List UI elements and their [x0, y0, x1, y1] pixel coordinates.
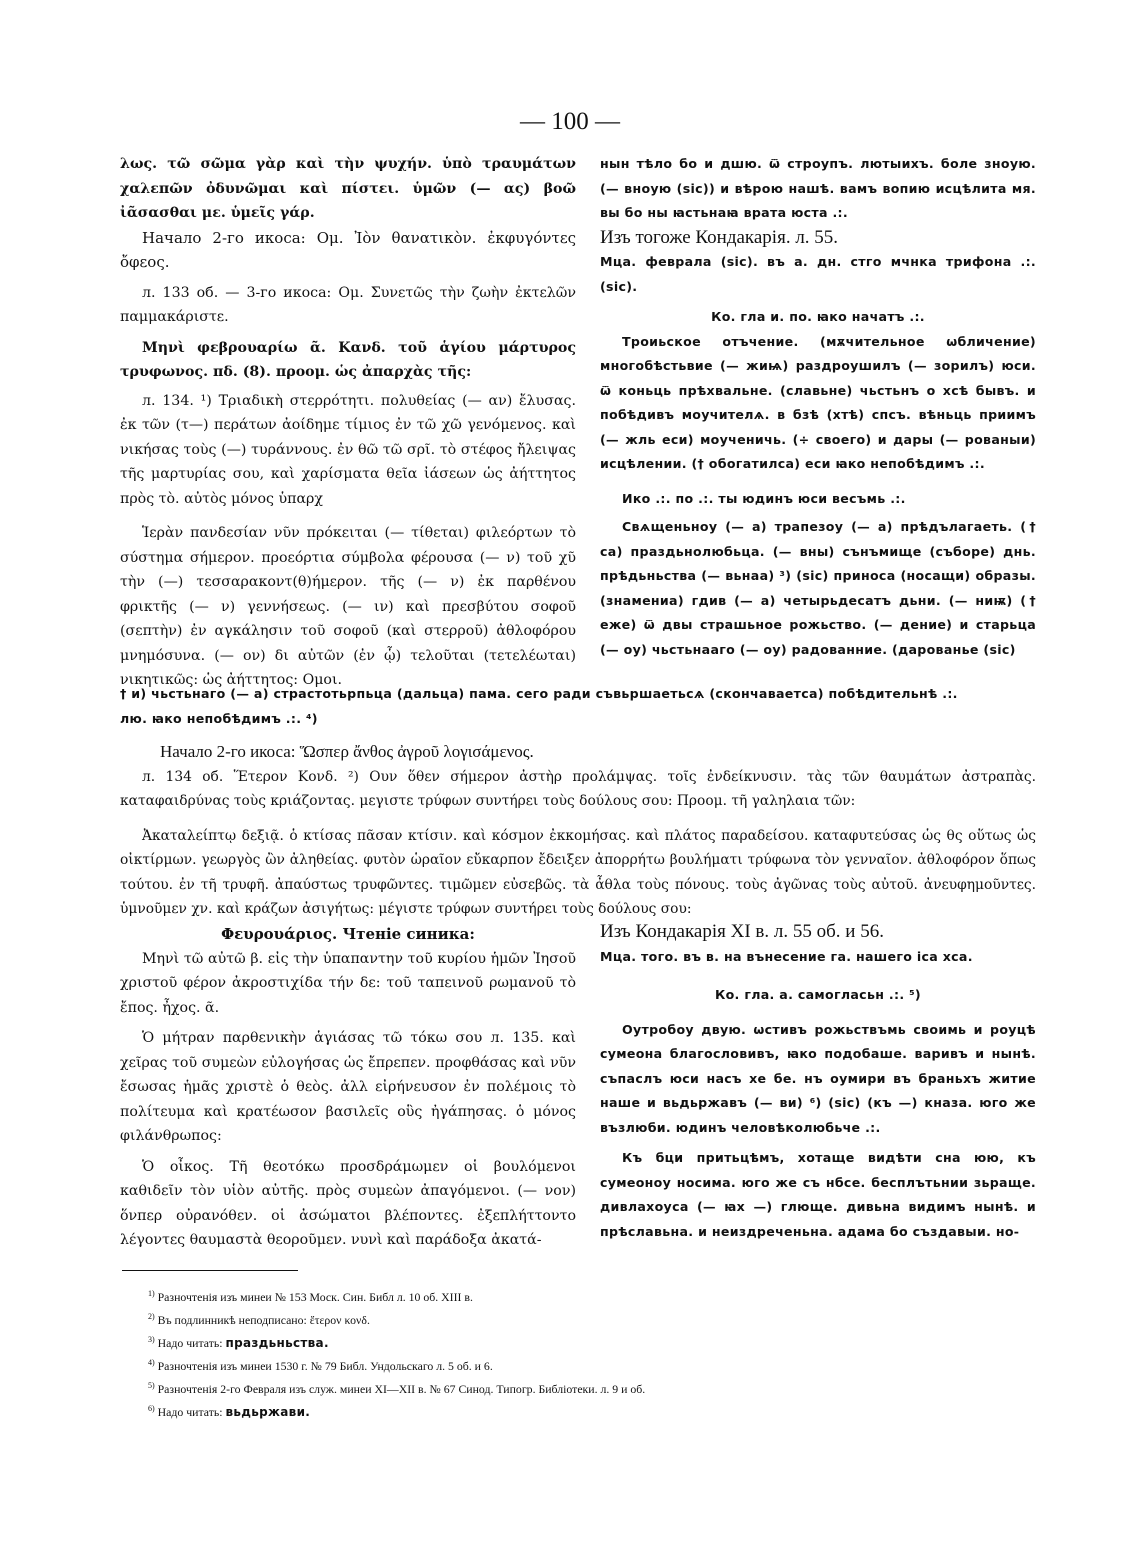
slavonic-line: лю. ꙗко непобѣдимъ .:. ⁴) — [120, 707, 1036, 732]
footnote-divider — [122, 1270, 298, 1271]
kontakion-tone-heading-lower: Ко. гла. а. самогласьн .:. ⁵) — [600, 983, 1036, 1008]
kontakion-slavonic: Троиьское отъчение. (мѫчительное ѡбличен… — [600, 330, 1036, 477]
kontakion-greek-lower: Ὁ μήτραν παρθενικὴν ἁγιάσας τῶ τόκω σου … — [120, 1026, 576, 1149]
slavonic-line: † и) чьстьнаго (— а) страстотьрпьца (дал… — [120, 682, 1036, 707]
menologion-slavonic: Мца. феврала (sic). въ а. дн. стго мчнка… — [600, 250, 1036, 299]
ikos-slavonic-heading: Ико .:. по .:. ты юдинъ юси весъмь .:. — [600, 487, 1036, 512]
kontakion-alt: л. 134 об. Ἕτερον Κονδ. ²) Ουν ὅθεν σήμε… — [120, 765, 1036, 814]
footnote-text: Разночтенія изъ минеи № 153 Моск. Син. Б… — [158, 1290, 473, 1304]
upper-left-column: λως. τῶ σῶμα γὰρ καὶ τὴν ψυχήν. ὑπὸ τραυ… — [120, 152, 576, 693]
slavonic-continuation: † и) чьстьнаго (— а) страстотьрпьца (дал… — [120, 682, 1036, 731]
kontakion-tone-heading: Ко. гла и. по. ꙗко начатъ .:. — [600, 305, 1036, 330]
menologion-heading: Μηνὶ φεβρουαρίω ᾶ. Κανδ. τοῦ ἁγίου μάρτυ… — [120, 336, 576, 385]
footnote: 6) Надо читать: вьдьржави. — [148, 1399, 645, 1422]
footnote-text: Разночтенія изъ минеи 1530 г. № 79 Библ.… — [158, 1359, 493, 1373]
footnote: 4) Разночтенія изъ минеи 1530 г. № 79 Би… — [148, 1353, 645, 1376]
footnote: 5) Разночтенія 2-го Февраля изъ служ. ми… — [148, 1376, 645, 1399]
footnote-text: Разночтенія 2-го Февраля изъ служ. минеи… — [158, 1382, 646, 1396]
footnote-mark: 6) — [148, 1404, 155, 1413]
footnote-text: Надо читать: — [158, 1336, 223, 1350]
ikos-start-heading: Начало 2-го икоса: Ὥσπερ ἄνθος ἀγροῦ λογ… — [120, 740, 1036, 765]
slavonic-paragraph: нын тѣло бо и дшю. ѿ строупъ. лютыихъ. б… — [600, 152, 1036, 226]
footnote-mark: 3) — [148, 1335, 155, 1344]
footnote-mark: 4) — [148, 1358, 155, 1367]
lower-right-column: Изъ Кондакарія XI в. л. 55 об. и 56. Мца… — [600, 920, 1036, 1244]
oikos-greek: Ἱερὰν πανδεσίαν νῦν πρόκειται (— τίθεται… — [120, 521, 576, 693]
footnote: 2) Въ подлинникѣ неподписано: ἕτερον κον… — [148, 1307, 645, 1330]
oikos-greek-lower: Ὁ οἶκος. Τῆ θεοτόκω προσδράμωμεν οἱ βουλ… — [120, 1155, 576, 1253]
page-number: — 100 — — [0, 108, 1140, 136]
footnotes: 1) Разночтенія изъ минеи № 153 Моск. Син… — [148, 1284, 645, 1422]
synaxarion-title: Φευρουάριος. Чтеніе синика: — [120, 922, 576, 947]
kontakion-greek: л. 134. ¹) Τριαδικὴ στερρότητι. πολυθεία… — [120, 389, 576, 512]
greek-heading-paragraph: Μηνὶ τῶ αὐτῶ β. εἰς τὴν ὑπαπαντην τοῦ κυ… — [120, 947, 576, 1021]
footnote-text: Въ подлинникѣ неподписано: ἕτερον κονδ. — [158, 1313, 370, 1327]
oikos-slavonic: Свѧщеньноу (— а) трапезоу (— а) прѣдълаг… — [600, 515, 1036, 662]
folio-133-note: л. 133 об. — 3-го икоса: Ομ. Συνετῶς τὴν… — [120, 281, 576, 330]
footnote: 1) Разночтенія изъ минеи № 153 Моск. Син… — [148, 1284, 645, 1307]
menologion-slavonic-lower: Мца. того. въ в. на вънесение га. нашего… — [600, 945, 1036, 970]
footnote-mark: 5) — [148, 1381, 155, 1390]
middle-block: Начало 2-го икоса: Ὥσπερ ἄνθος ἀγροῦ λογ… — [120, 740, 1036, 922]
oikos-alt: Ἀκαταλείπτῳ δεξιᾷ. ὁ κτίσας πᾶσαν κτίσιν… — [120, 824, 1036, 922]
footnote-mark: 1) — [148, 1289, 155, 1298]
kontakion-slavonic-lower: Оутробоу двую. ѡстивъ рожьствъмь своимь … — [600, 1018, 1036, 1141]
source-heading-lower: Изъ Кондакарія XI в. л. 55 об. и 56. — [600, 920, 1036, 945]
oikos-slavonic-lower: Къ бци притьцѣмъ, хотаще видѣти сна юю, … — [600, 1146, 1036, 1244]
footnote-text: Надо читать: — [158, 1405, 223, 1419]
greek-paragraph: λως. τῶ σῶμα γὰρ καὶ τὴν ψυχήν. ὑπὸ τραυ… — [120, 152, 576, 226]
upper-right-column: нын тѣло бо и дшю. ѿ строупъ. лютыихъ. б… — [600, 152, 1036, 662]
lower-left-column: Φευρουάριος. Чтеніе синика: Μηνὶ τῶ αὐτῶ… — [120, 922, 576, 1253]
ikos-start-note: Начало 2-го икоса: Ομ. Ἰὸν θανατικὸν. ἐκ… — [120, 226, 576, 275]
footnote-slavonic: вьдьржави. — [225, 1405, 310, 1419]
footnote: 3) Надо читать: праздьньства. — [148, 1330, 645, 1353]
footnote-mark: 2) — [148, 1312, 155, 1321]
source-heading: Изъ тогоже Кондакарія. л. 55. — [600, 226, 1036, 251]
footnote-slavonic: праздьньства. — [225, 1336, 328, 1350]
